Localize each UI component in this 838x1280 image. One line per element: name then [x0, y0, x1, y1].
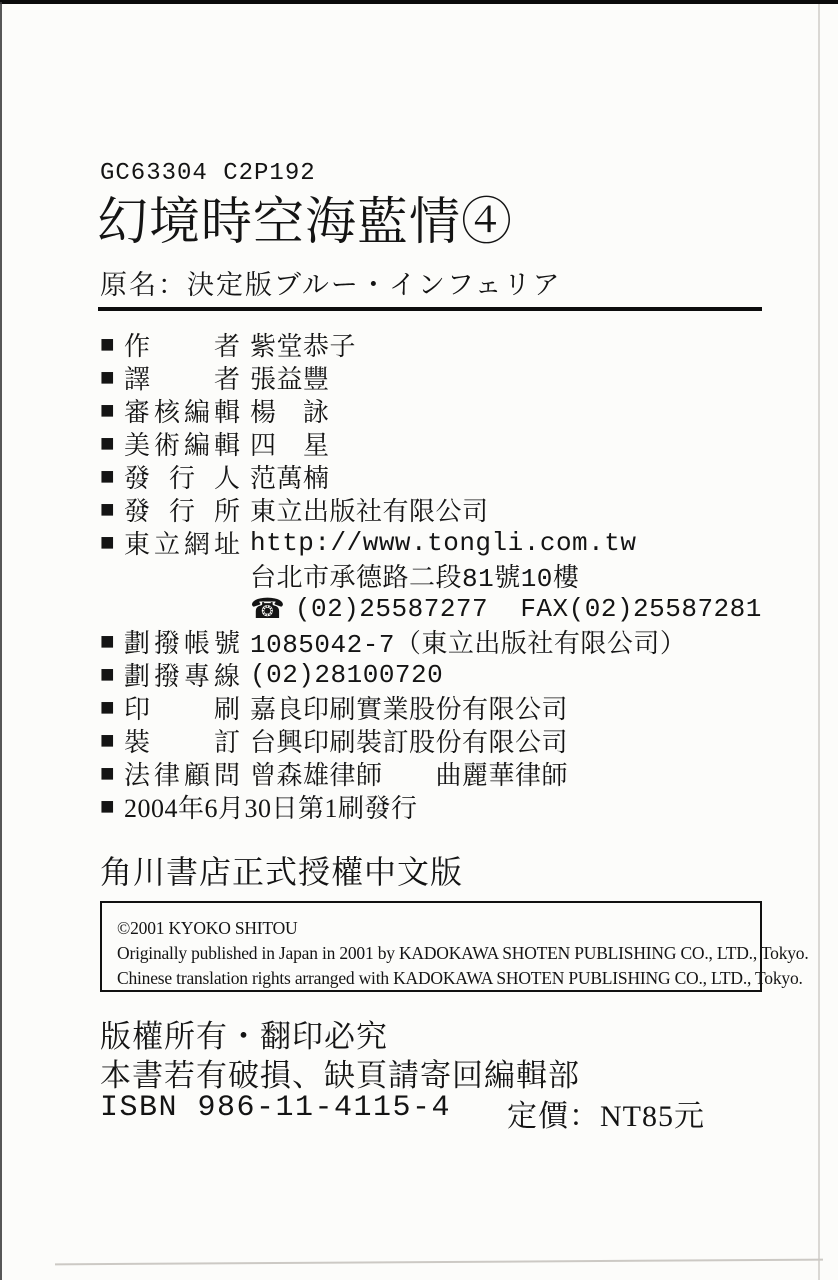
colophon-page: GC63304 C2P192 幻境時空海藍情④ 原名：決定版ブルー・インフェリア… — [0, 0, 838, 1280]
credit-label: 印刷 — [124, 689, 240, 726]
credit-value: 張益豐 — [250, 359, 330, 396]
original-publication-note: Originally published in Japan in 2001 by… — [117, 941, 745, 966]
website-url: http://www.tongli.com.tw — [250, 528, 636, 558]
credit-row-printing: ■ 印刷 嘉良印刷實業股份有限公司 — [100, 691, 762, 724]
credit-value: 台興印刷裝訂股份有限公司 — [250, 722, 568, 759]
credit-label: 作者 — [124, 326, 240, 363]
price: 定價：NT85元 — [507, 1091, 705, 1135]
credit-value: (02)28100720 — [250, 660, 443, 690]
address-value: 台北市承德路二段81號10樓 — [250, 557, 579, 594]
bullet-square-icon: ■ — [100, 630, 124, 654]
scan-edge-left — [0, 2, 2, 1280]
scan-edge-top — [0, 0, 838, 4]
credit-row-binding: ■ 裝訂 台興印刷裝訂股份有限公司 — [100, 724, 762, 757]
bullet-square-icon: ■ — [100, 465, 124, 489]
copyright-box: ©2001 KYOKO SHITOU Originally published … — [100, 901, 762, 992]
credit-row-translator: ■ 譯者 張益豐 — [100, 361, 762, 394]
credit-value: 四 星 — [250, 425, 330, 462]
credit-label: 譯者 — [124, 359, 240, 396]
isbn: ISBN 986-11-4115-4 — [100, 1091, 451, 1125]
catalog-code: GC63304 C2P192 — [100, 160, 316, 187]
book-title: 幻境時空海藍情④ — [97, 193, 513, 254]
credit-row-author: ■ 作者 紫堂恭子 — [100, 328, 762, 361]
credit-value: 楊 詠 — [250, 392, 330, 429]
credit-label: 美術編輯 — [124, 425, 240, 462]
credit-label: 審核編輯 — [124, 392, 240, 429]
bullet-square-icon: ■ — [100, 333, 124, 357]
bullet-square-icon: ■ — [100, 366, 124, 390]
bullet-square-icon: ■ — [100, 498, 124, 522]
credit-row-postal-account: ■ 劃撥帳號 1085042-7（東立出版社有限公司） — [100, 625, 762, 658]
bullet-square-icon: ■ — [100, 399, 124, 423]
damaged-copy-note: 本書若有破損、缺頁請寄回編輯部 — [100, 1050, 580, 1095]
credit-label: 東立網址 — [124, 524, 240, 561]
telephone-value: (02)25587277 FAX(02)25587281 — [295, 594, 762, 624]
translation-rights-note: Chinese translation rights arranged with… — [117, 966, 745, 991]
credit-label: 法律顧問 — [124, 755, 240, 792]
credits-list: ■ 作者 紫堂恭子 ■ 譯者 張益豐 ■ 審核編輯 楊 詠 ■ 美術編輯 四 星… — [100, 328, 762, 823]
credit-label: 裝訂 — [124, 722, 240, 759]
credit-row-address: 台北市承德路二段81號10樓 — [100, 559, 762, 592]
bullet-square-icon: ■ — [100, 432, 124, 456]
credit-row-print-date: ■ 2004年6月30日第1刷發行 — [100, 790, 762, 823]
bullet-square-icon: ■ — [100, 762, 124, 786]
print-date-value: 2004年6月30日第1刷發行 — [124, 788, 418, 825]
credit-row-legal-advisors: ■ 法律顧問 曾森雄律師 曲麗華律師 — [100, 757, 762, 790]
copyright-holder: ©2001 KYOKO SHITOU — [117, 916, 745, 941]
credit-label: 劃撥帳號 — [124, 623, 240, 660]
bullet-square-icon: ■ — [100, 795, 124, 819]
credit-row-telephone: ☎ (02)25587277 FAX(02)25587281 — [100, 592, 762, 625]
credit-label: 發行所 — [124, 491, 240, 528]
page-edge-bottom — [55, 1259, 823, 1266]
bullet-square-icon: ■ — [100, 696, 124, 720]
divider-rule — [98, 307, 762, 311]
credit-value: 嘉良印刷實業股份有限公司 — [250, 689, 568, 726]
credit-row-postal-hotline: ■ 劃撥專線 (02)28100720 — [100, 658, 762, 691]
phone-icon: ☎ — [250, 595, 285, 623]
page-edge-right — [818, 4, 820, 1280]
credit-value: 紫堂恭子 — [250, 326, 356, 363]
bullet-square-icon: ■ — [100, 729, 124, 753]
credit-row-art-editor: ■ 美術編輯 四 星 — [100, 427, 762, 460]
credit-row-publisher-person: ■ 發行人 范萬楠 — [100, 460, 762, 493]
credit-value: 東立出版社有限公司 — [250, 491, 489, 528]
bullet-square-icon: ■ — [100, 531, 124, 555]
credit-row-website: ■ 東立網址 http://www.tongli.com.tw — [100, 526, 762, 559]
credit-label: 劃撥專線 — [124, 656, 240, 693]
credit-label: 發行人 — [124, 458, 240, 495]
credit-value: 曾森雄律師 曲麗華律師 — [250, 755, 568, 792]
bullet-square-icon: ■ — [100, 663, 124, 687]
original-title: 原名：決定版ブルー・インフェリア — [100, 263, 562, 302]
credit-row-publishing-house: ■ 發行所 東立出版社有限公司 — [100, 493, 762, 526]
credit-row-review-editor: ■ 審核編輯 楊 詠 — [100, 394, 762, 427]
license-statement: 角川書店正式授權中文版 — [100, 847, 463, 893]
credit-value: 1085042-7（東立出版社有限公司） — [250, 623, 686, 660]
credit-value: 范萬楠 — [250, 458, 330, 495]
